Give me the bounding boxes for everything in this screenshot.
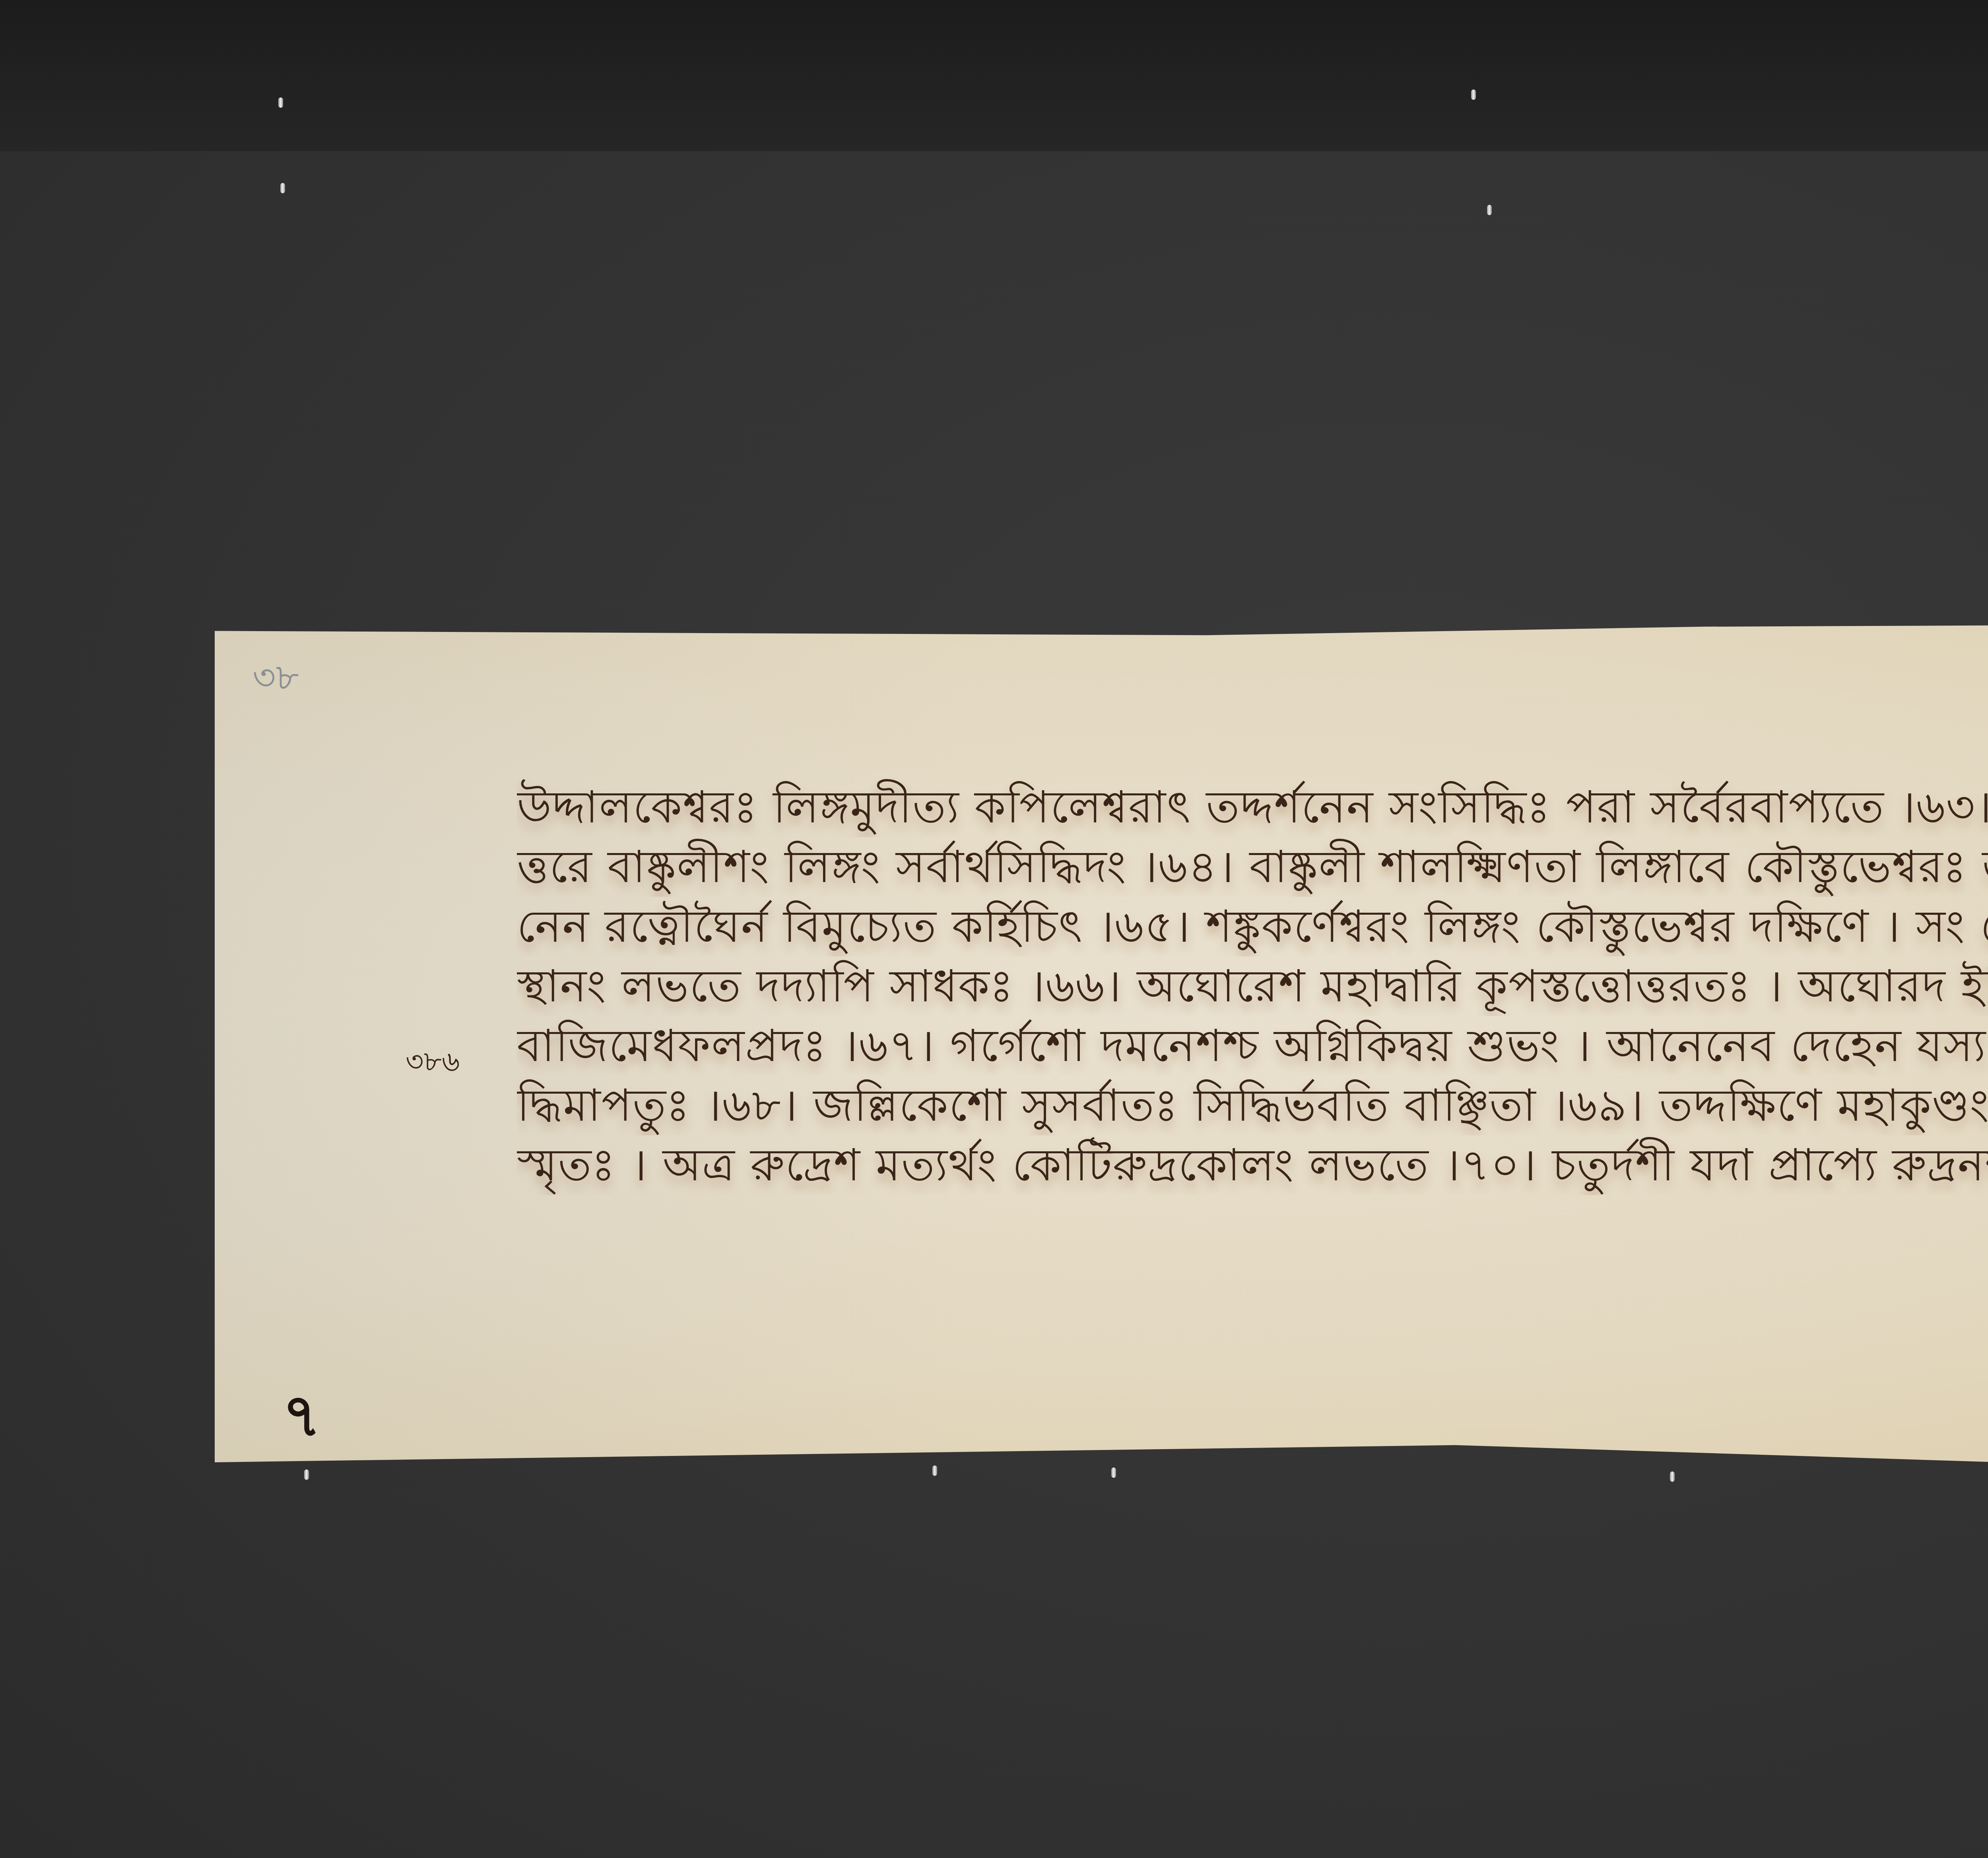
pin bbox=[1471, 89, 1476, 100]
text-line: ত্তরে বাষ্কুলীশং লিঙ্গং সর্বার্থসিদ্ধিদং… bbox=[517, 837, 1988, 897]
text-line: স্মৃতঃ । অত্র রুদ্রেশ মত্যর্থং কোটিরুদ্র… bbox=[517, 1135, 1988, 1195]
pin bbox=[280, 183, 285, 193]
text-line: দ্ধিমাপতুঃ ।৬৮। জল্লিকেশো সুসর্বাতঃ সিদ্… bbox=[517, 1076, 1988, 1135]
text-line: বাজিমেধফলপ্রদঃ ।৬৭। গর্গেশো দমনেশশ্চ অগ্… bbox=[517, 1016, 1988, 1076]
manuscript-leaf: ৩৮ ৩/৫ ৩৮৬ উদ্দালকেশ্বরঃ লিঙ্গমুদীত্য কপ… bbox=[215, 622, 1988, 1479]
pin bbox=[1487, 205, 1492, 215]
text-line: স্থানং লভতে দদ্যাপি সাধকঃ ।৬৬। অঘোরেশ মহ… bbox=[517, 956, 1988, 1016]
manuscript-text: উদ্দালকেশ্বরঃ লিঙ্গমুদীত্য কপিলেশ্বরাৎ ত… bbox=[517, 777, 1988, 1195]
bottom-folio-mark: ৭ bbox=[282, 1370, 321, 1469]
margin-folio-number: ৩৮৬ bbox=[406, 1040, 460, 1086]
text-line: নেন রত্নৌঘৈর্ন বিমুচ্যেত কর্হিচিৎ ।৬৫। শ… bbox=[517, 897, 1988, 956]
top-backing-board bbox=[0, 0, 1988, 154]
pin bbox=[1670, 1471, 1675, 1482]
pin bbox=[932, 1465, 937, 1476]
text-line: উদ্দালকেশ্বরঃ লিঙ্গমুদীত্য কপিলেশ্বরাৎ ত… bbox=[517, 777, 1988, 837]
pin bbox=[1111, 1467, 1116, 1478]
pin bbox=[278, 97, 283, 108]
pencil-note-top-left: ৩৮ bbox=[252, 650, 299, 710]
pin bbox=[304, 1469, 309, 1480]
